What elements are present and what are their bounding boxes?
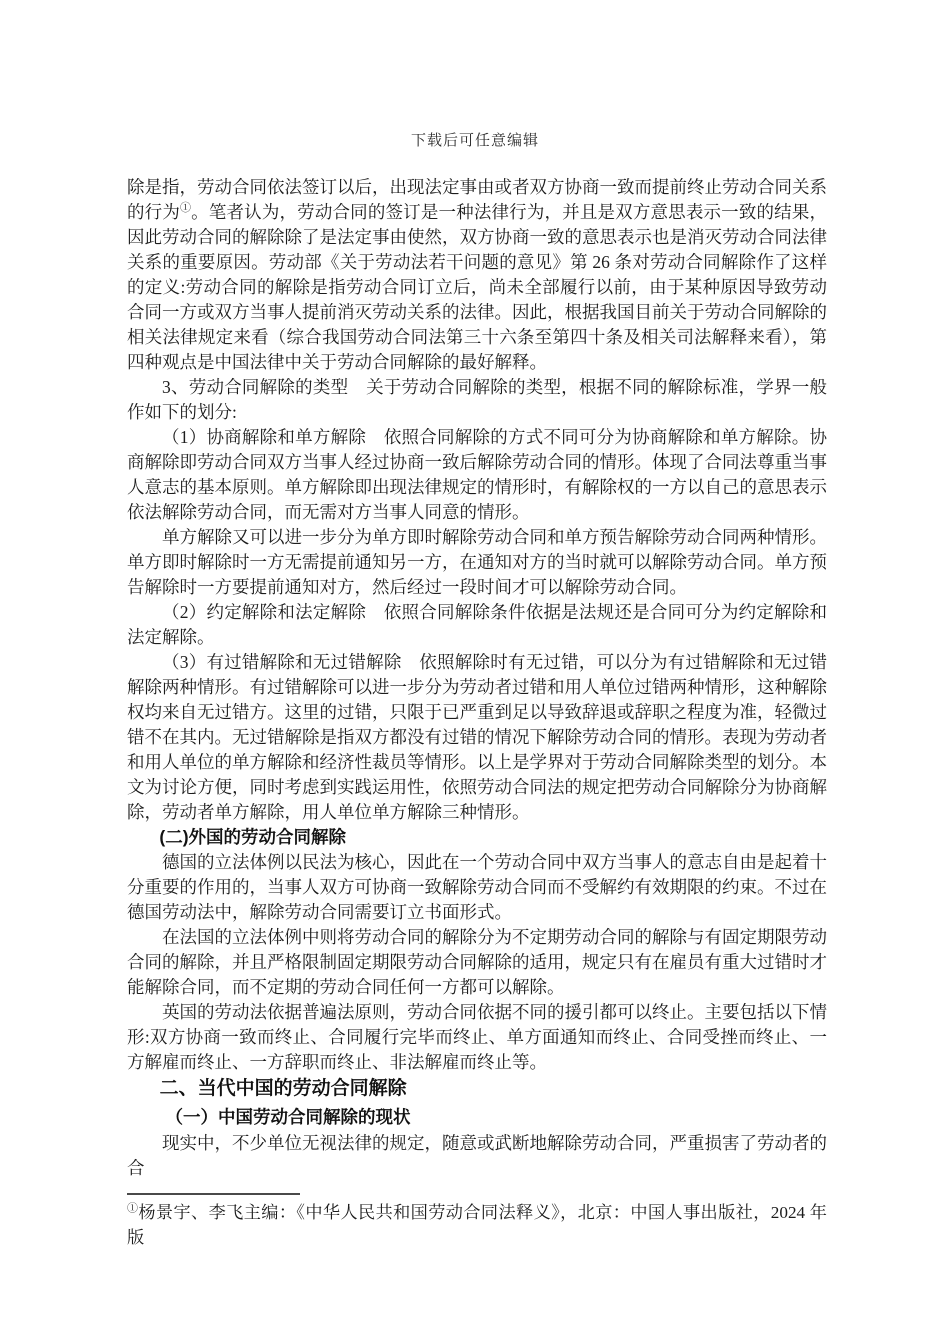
- section-heading-foreign-termination: (二)外国的劳动合同解除: [127, 825, 827, 850]
- footnote-citation: 杨景宇、李飞主编：《中华人民共和国劳动合同法释义》，北京：中国人事出版社，202…: [127, 1203, 827, 1247]
- paragraph-definition-continuation: 除是指，劳动合同依法签订以后，出现法定事由或者双方协商一致而提前终止劳动合同关系…: [127, 175, 827, 375]
- section-heading-china-status: （一）中国劳动合同解除的现状: [127, 1103, 827, 1131]
- document-body: 除是指，劳动合同依法签订以后，出现法定事由或者双方协商一致而提前终止劳动合同关系…: [127, 175, 827, 1250]
- paragraph-text-after-footnote-ref: 。笔者认为，劳动合同的签订是一种法律行为，并且是双方意思表示一致的结果，因此劳动…: [127, 202, 827, 372]
- paragraph-unilateral-subtypes: 单方解除又可以进一步分为单方即时解除劳动合同和单方预告解除劳动合同两种情形。单方…: [127, 525, 827, 600]
- paragraph-china-status: 现实中，不少单位无视法律的规定，随意或武断地解除劳动合同，严重损害了劳动者的合: [127, 1131, 827, 1181]
- paragraph-item2-agreed-statutory: （2）约定解除和法定解除 依照合同解除条件依据是法规还是合同可分为约定解除和法定…: [127, 600, 827, 650]
- paragraph-uk: 英国的劳动法依据普遍法原则，劳动合同依据不同的援引都可以终止。主要包括以下情形:…: [127, 1000, 827, 1075]
- document-page: { "header": { "text": "下载后可任意编辑" }, "doc…: [0, 0, 950, 1344]
- paragraph-france: 在法国的立法体例中则将劳动合同的解除分为不定期劳动合同的解除与有固定期限劳动合同…: [127, 925, 827, 1000]
- paragraph-item1-negotiated-unilateral: （1）协商解除和单方解除 依照合同解除的方式不同可分为协商解除和单方解除。协商解…: [127, 425, 827, 525]
- footnote-reference-marker: ①: [180, 202, 191, 214]
- footnote-marker: ①: [127, 1202, 138, 1214]
- paragraph-germany: 德国的立法体例以民法为核心，因此在一个劳动合同中双方当事人的意志自由是起着十分重…: [127, 850, 827, 925]
- paragraph-item3-fault-nofault: （3）有过错解除和无过错解除 依照解除时有无过错，可以分为有过错解除和无过错解除…: [127, 650, 827, 825]
- paragraph-termination-types: 3、劳动合同解除的类型 关于劳动合同解除的类型，根据不同的解除标准，学界一般作如…: [127, 375, 827, 425]
- footnote-separator-line: [127, 1193, 300, 1195]
- chapter-heading-china-termination: 二、当代中国的劳动合同解除: [127, 1075, 827, 1103]
- page-header-watermark: 下载后可任意编辑: [0, 131, 950, 151]
- footnote-text: ①杨景宇、李飞主编：《中华人民共和国劳动合同法释义》，北京：中国人事出版社，20…: [127, 1200, 827, 1250]
